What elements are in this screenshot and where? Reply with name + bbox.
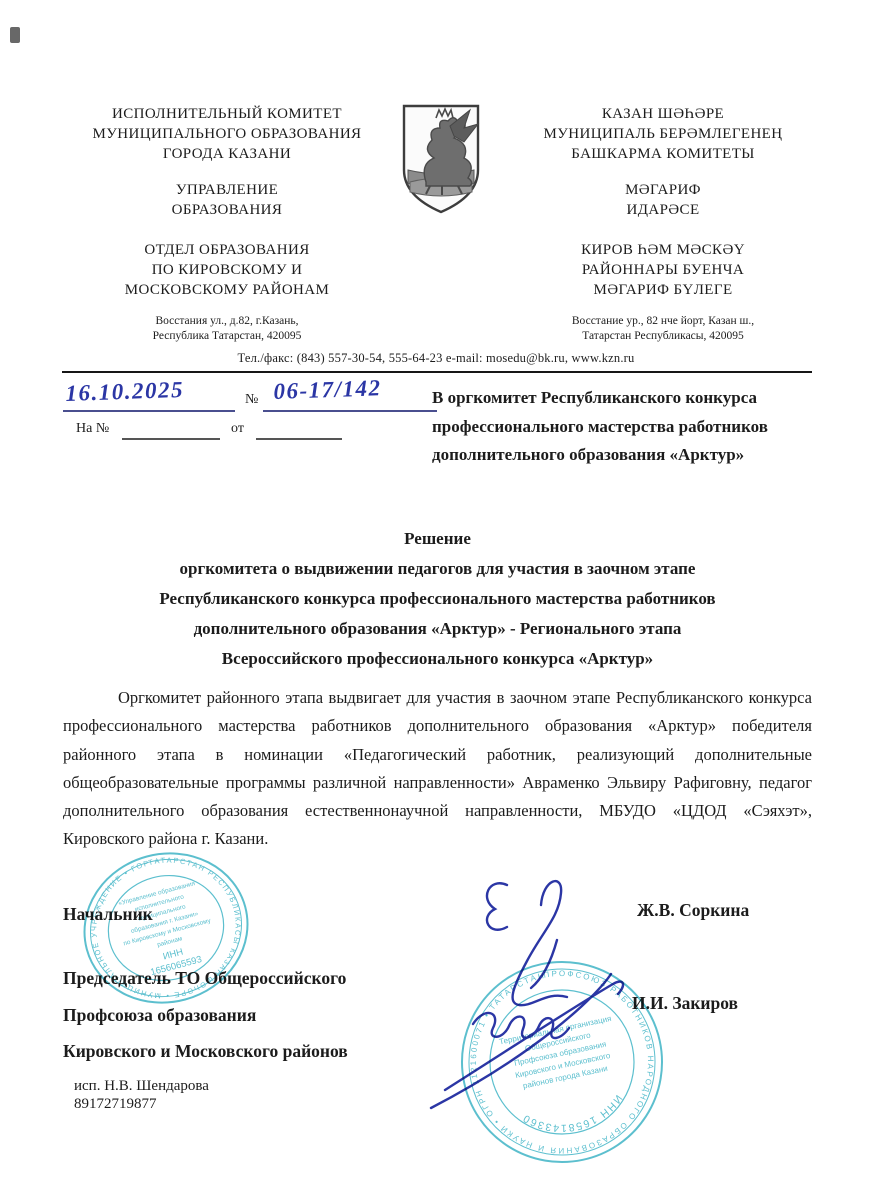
- org-name-line: ГОРОДА КАЗАНИ: [62, 144, 392, 164]
- dept-line: МӘГАРИФ: [498, 180, 828, 200]
- dept-line: УПРАВЛЕНИЕ: [62, 180, 392, 200]
- handwritten-date: 16.10.2025: [65, 377, 184, 407]
- reply-from-underline: [256, 438, 342, 440]
- addressee-block: В оргкомитет Республиканского конкурса п…: [432, 384, 834, 470]
- division-line: ПО КИРОВСКОМУ И: [62, 260, 392, 280]
- body-paragraph: Оргкомитет районного этапа выдвигает для…: [63, 684, 812, 854]
- title-line: оргкомитета о выдвижении педагогов для у…: [63, 554, 812, 584]
- handwritten-signature-zakirov: [415, 922, 650, 1122]
- number-sign-label: №: [245, 392, 258, 408]
- document-title: Решение оргкомитета о выдвижении педагог…: [63, 524, 812, 674]
- executor-name: исп. Н.В. Шендарова: [74, 1077, 209, 1095]
- kazan-zilant-coat-of-arms: [396, 100, 486, 222]
- org-name-line: МУНИЦИПАЛЬ БЕРӘМЛЕГЕНЕҢ: [498, 124, 828, 144]
- address-line: Восстания ул., д.82, г.Казань,: [62, 314, 392, 329]
- stamp-ring-text: ТАТАРСТАН РЕСПУБЛИКАСЫ КАЗАН ШӘҺӘРЕ • МУ…: [80, 850, 252, 1006]
- reply-no-underline: [122, 438, 220, 440]
- round-stamp-education-department: ТАТАРСТАН РЕСПУБЛИКАСЫ КАЗАН ШӘҺӘРЕ • МУ…: [80, 850, 252, 1006]
- header-rule: [62, 371, 812, 373]
- title-line: Республиканского конкурса профессиональн…: [63, 584, 812, 614]
- scanned-letter-page: ИСПОЛНИТЕЛЬНЫЙ КОМИТЕТ МУНИЦИПАЛЬНОГО ОБ…: [0, 0, 872, 1200]
- org-name-line: КАЗАН ШӘҺӘРЕ: [498, 104, 828, 124]
- letterhead-left: ИСПОЛНИТЕЛЬНЫЙ КОМИТЕТ МУНИЦИПАЛЬНОГО ОБ…: [62, 104, 392, 344]
- org-name-line: МУНИЦИПАЛЬНОГО ОБРАЗОВАНИЯ: [62, 124, 392, 144]
- scan-artifact-mark: [10, 27, 20, 43]
- contact-line: Тел./факс: (843) 557-30-54, 555-64-23 e-…: [0, 351, 872, 366]
- title-line: Всероссийского профессионального конкурс…: [63, 644, 812, 674]
- title-line: дополнительного образования «Арктур» - Р…: [63, 614, 812, 644]
- division-line: РАЙОННАРЫ БУЕНЧА: [498, 260, 828, 280]
- address-line: Восстание ур., 82 нче йорт, Казан ш.,: [498, 314, 828, 329]
- reply-no-label: На №: [76, 421, 109, 437]
- org-name-line: ИСПОЛНИТЕЛЬНЫЙ КОМИТЕТ: [62, 104, 392, 124]
- division-line: КИРОВ ҺӘМ МӘСКӘҮ: [498, 240, 828, 260]
- signatory-name-1: Ж.В. Соркина: [637, 900, 749, 921]
- org-name-line: БАШКАРМА КОМИТЕТЫ: [498, 144, 828, 164]
- title-heading: Решение: [63, 524, 812, 554]
- address-line: Татарстан Республикасы, 420095: [498, 329, 828, 344]
- dept-line: ОБРАЗОВАНИЯ: [62, 200, 392, 220]
- handwritten-number: 06-17/142: [273, 375, 382, 405]
- division-line: ОТДЕЛ ОБРАЗОВАНИЯ: [62, 240, 392, 260]
- number-underline: [263, 410, 437, 412]
- address-line: Республика Татарстан, 420095: [62, 329, 392, 344]
- executor-phone: 89172719877: [74, 1095, 209, 1113]
- letterhead-right: КАЗАН ШӘҺӘРЕ МУНИЦИПАЛЬ БЕРӘМЛЕГЕНЕҢ БАШ…: [498, 104, 828, 344]
- date-underline: [63, 410, 235, 412]
- dept-line: ИДАРӘСЕ: [498, 200, 828, 220]
- division-line: МОСКОВСКОМУ РАЙОНАМ: [62, 280, 392, 300]
- svg-text:ТАТАРСТАН РЕСПУБЛИКАСЫ КАЗАН Ш: ТАТАРСТАН РЕСПУБЛИКАСЫ КАЗАН ШӘҺӘРЕ • МУ…: [80, 850, 252, 1006]
- reply-from-label: от: [231, 421, 244, 437]
- division-line: МӘГАРИФ БҮЛЕГЕ: [498, 280, 828, 300]
- executor-block: исп. Н.В. Шендарова 89172719877: [74, 1077, 209, 1113]
